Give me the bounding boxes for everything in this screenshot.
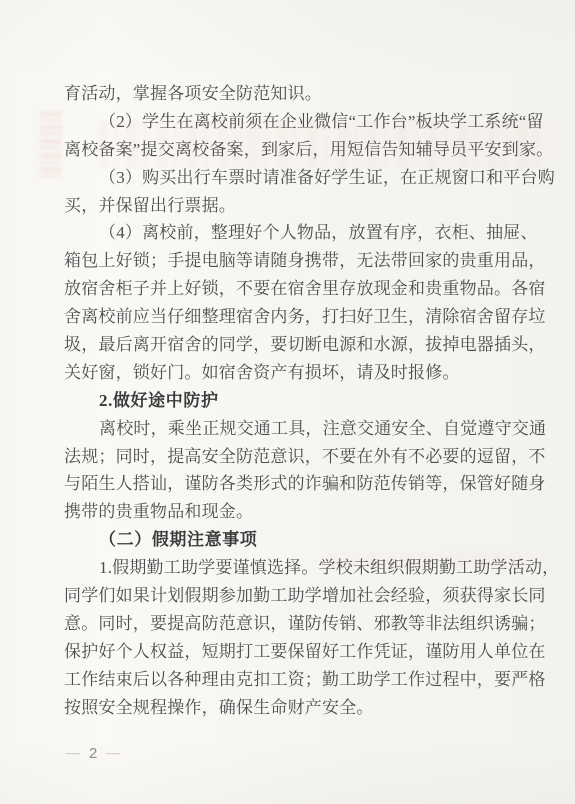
- text-line: 同学们如果计划假期参加勤工助学增加社会经验，须获得家长同: [64, 582, 542, 610]
- page-number: 2: [89, 745, 97, 762]
- section-heading-holiday-notes: （二）假期注意事项: [64, 526, 542, 554]
- text-line: 育活动，掌握各项安全防范知识。: [64, 80, 542, 108]
- document-body-text: 育活动，掌握各项安全防范知识。 （2）学生在离校前须在企业微信“工作台”板块学工…: [64, 80, 542, 721]
- ink-bleed-artifact-left: [40, 112, 62, 178]
- text-line: 关好窗，锁好门。如宿舍资产有损坏，请及时报修。: [64, 359, 542, 387]
- text-line: 舍离校前应当仔细整理宿舍内务，打扫好卫生，清除宿舍留存垃: [64, 303, 542, 331]
- text-line: （3）购买出行车票时请准备好学生证，在正规窗口和平台购: [64, 164, 542, 192]
- text-line: 携带的贵重物品和现金。: [64, 498, 542, 526]
- text-line: （4）离校前，整理好个人物品，放置有序，衣柜、抽屉、: [64, 219, 542, 247]
- scanned-document-page: 育活动，掌握各项安全防范知识。 （2）学生在离校前须在企业微信“工作台”板块学工…: [0, 0, 575, 804]
- text-line: 与陌生人搭讪，谨防各类形式的诈骗和防范传销等，保管好随身: [64, 470, 542, 498]
- page-footer: — 2 —: [66, 745, 120, 762]
- text-line: 保护好个人权益，短期打工要保留好工作凭证，谨防用人单位在: [64, 638, 542, 666]
- text-line: 1.假期勤工助学要谨慎选择。学校未组织假期勤工助学活动，: [64, 554, 542, 582]
- text-line: 箱包上好锁；手提电脑等请随身携带，无法带回家的贵重用品，: [64, 247, 542, 275]
- text-line: 离校时，乘坐正规交通工具，注意交通安全、自觉遵守交通: [64, 415, 542, 443]
- text-line: （2）学生在离校前须在企业微信“工作台”板块学工系统“留: [64, 108, 542, 136]
- footer-dash-right: —: [106, 746, 120, 762]
- section-heading-travel-protection: 2.做好途中防护: [64, 387, 542, 415]
- text-line: 按照安全规程操作，确保生命财产安全。: [64, 694, 542, 722]
- text-line: 意。同时，要提高防范意识，谨防传销、邪教等非法组织诱骗；: [64, 610, 542, 638]
- text-line: 离校备案”提交离校备案，到家后，用短信告知辅导员平安到家。: [64, 136, 542, 164]
- text-line: 放宿舍柜子并上好锁，不要在宿舍里存放现金和贵重物品。各宿: [64, 275, 542, 303]
- text-line: 圾，最后离开宿舍的同学，要切断电源和水源，拔掉电器插头，: [64, 331, 542, 359]
- text-line: 工作结束后以各种理由克扣工资；勤工助学工作过程中，要严格: [64, 666, 542, 694]
- text-line: 法规；同时，提高安全防范意识，不要在外有不必要的逗留，不: [64, 443, 542, 471]
- footer-dash-left: —: [66, 746, 80, 762]
- text-line: 买，并保留出行票据。: [64, 192, 542, 220]
